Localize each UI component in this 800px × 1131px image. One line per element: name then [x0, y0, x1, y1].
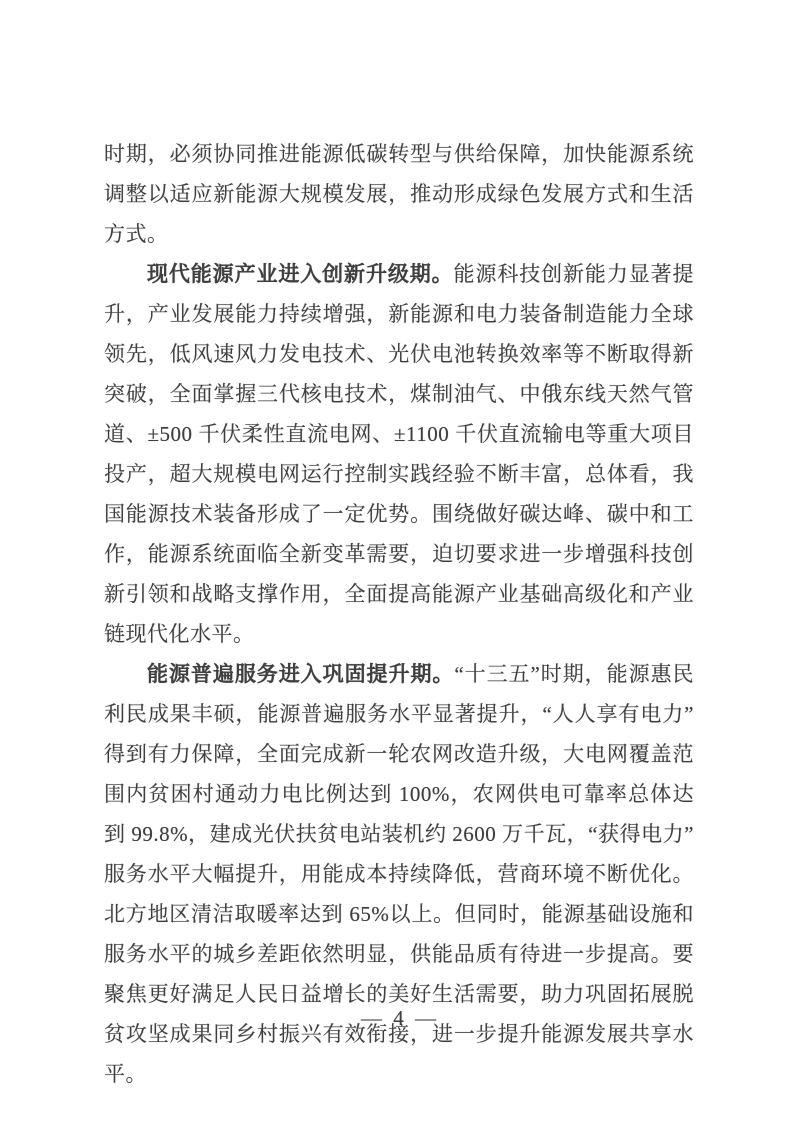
document-body: 时期，必须协同推进能源低碳转型与供给保障，加快能源系统调整以适应新能源大规模发展… [104, 134, 694, 1094]
paragraph-modern-energy-industry: 现代能源产业进入创新升级期。能源科技创新能力显著提升，产业发展能力持续增强，新能… [104, 254, 694, 654]
paragraph-lead: 现代能源产业进入创新升级期。 [147, 262, 454, 286]
paragraph-lead: 能源普遍服务进入巩固提升期。 [147, 662, 454, 686]
paragraph-text: 时期，必须协同推进能源低碳转型与供给保障，加快能源系统调整以适应新能源大规模发展… [104, 142, 694, 246]
document-page: 时期，必须协同推进能源低碳转型与供给保障，加快能源系统调整以适应新能源大规模发展… [0, 0, 800, 1131]
paragraph-continuation: 时期，必须协同推进能源低碳转型与供给保障，加快能源系统调整以适应新能源大规模发展… [104, 134, 694, 254]
paragraph-text: 能源科技创新能力显著提升，产业发展能力持续增强，新能源和电力装备制造能力全球领先… [104, 262, 694, 646]
page-number: — 4 — [0, 1001, 800, 1035]
